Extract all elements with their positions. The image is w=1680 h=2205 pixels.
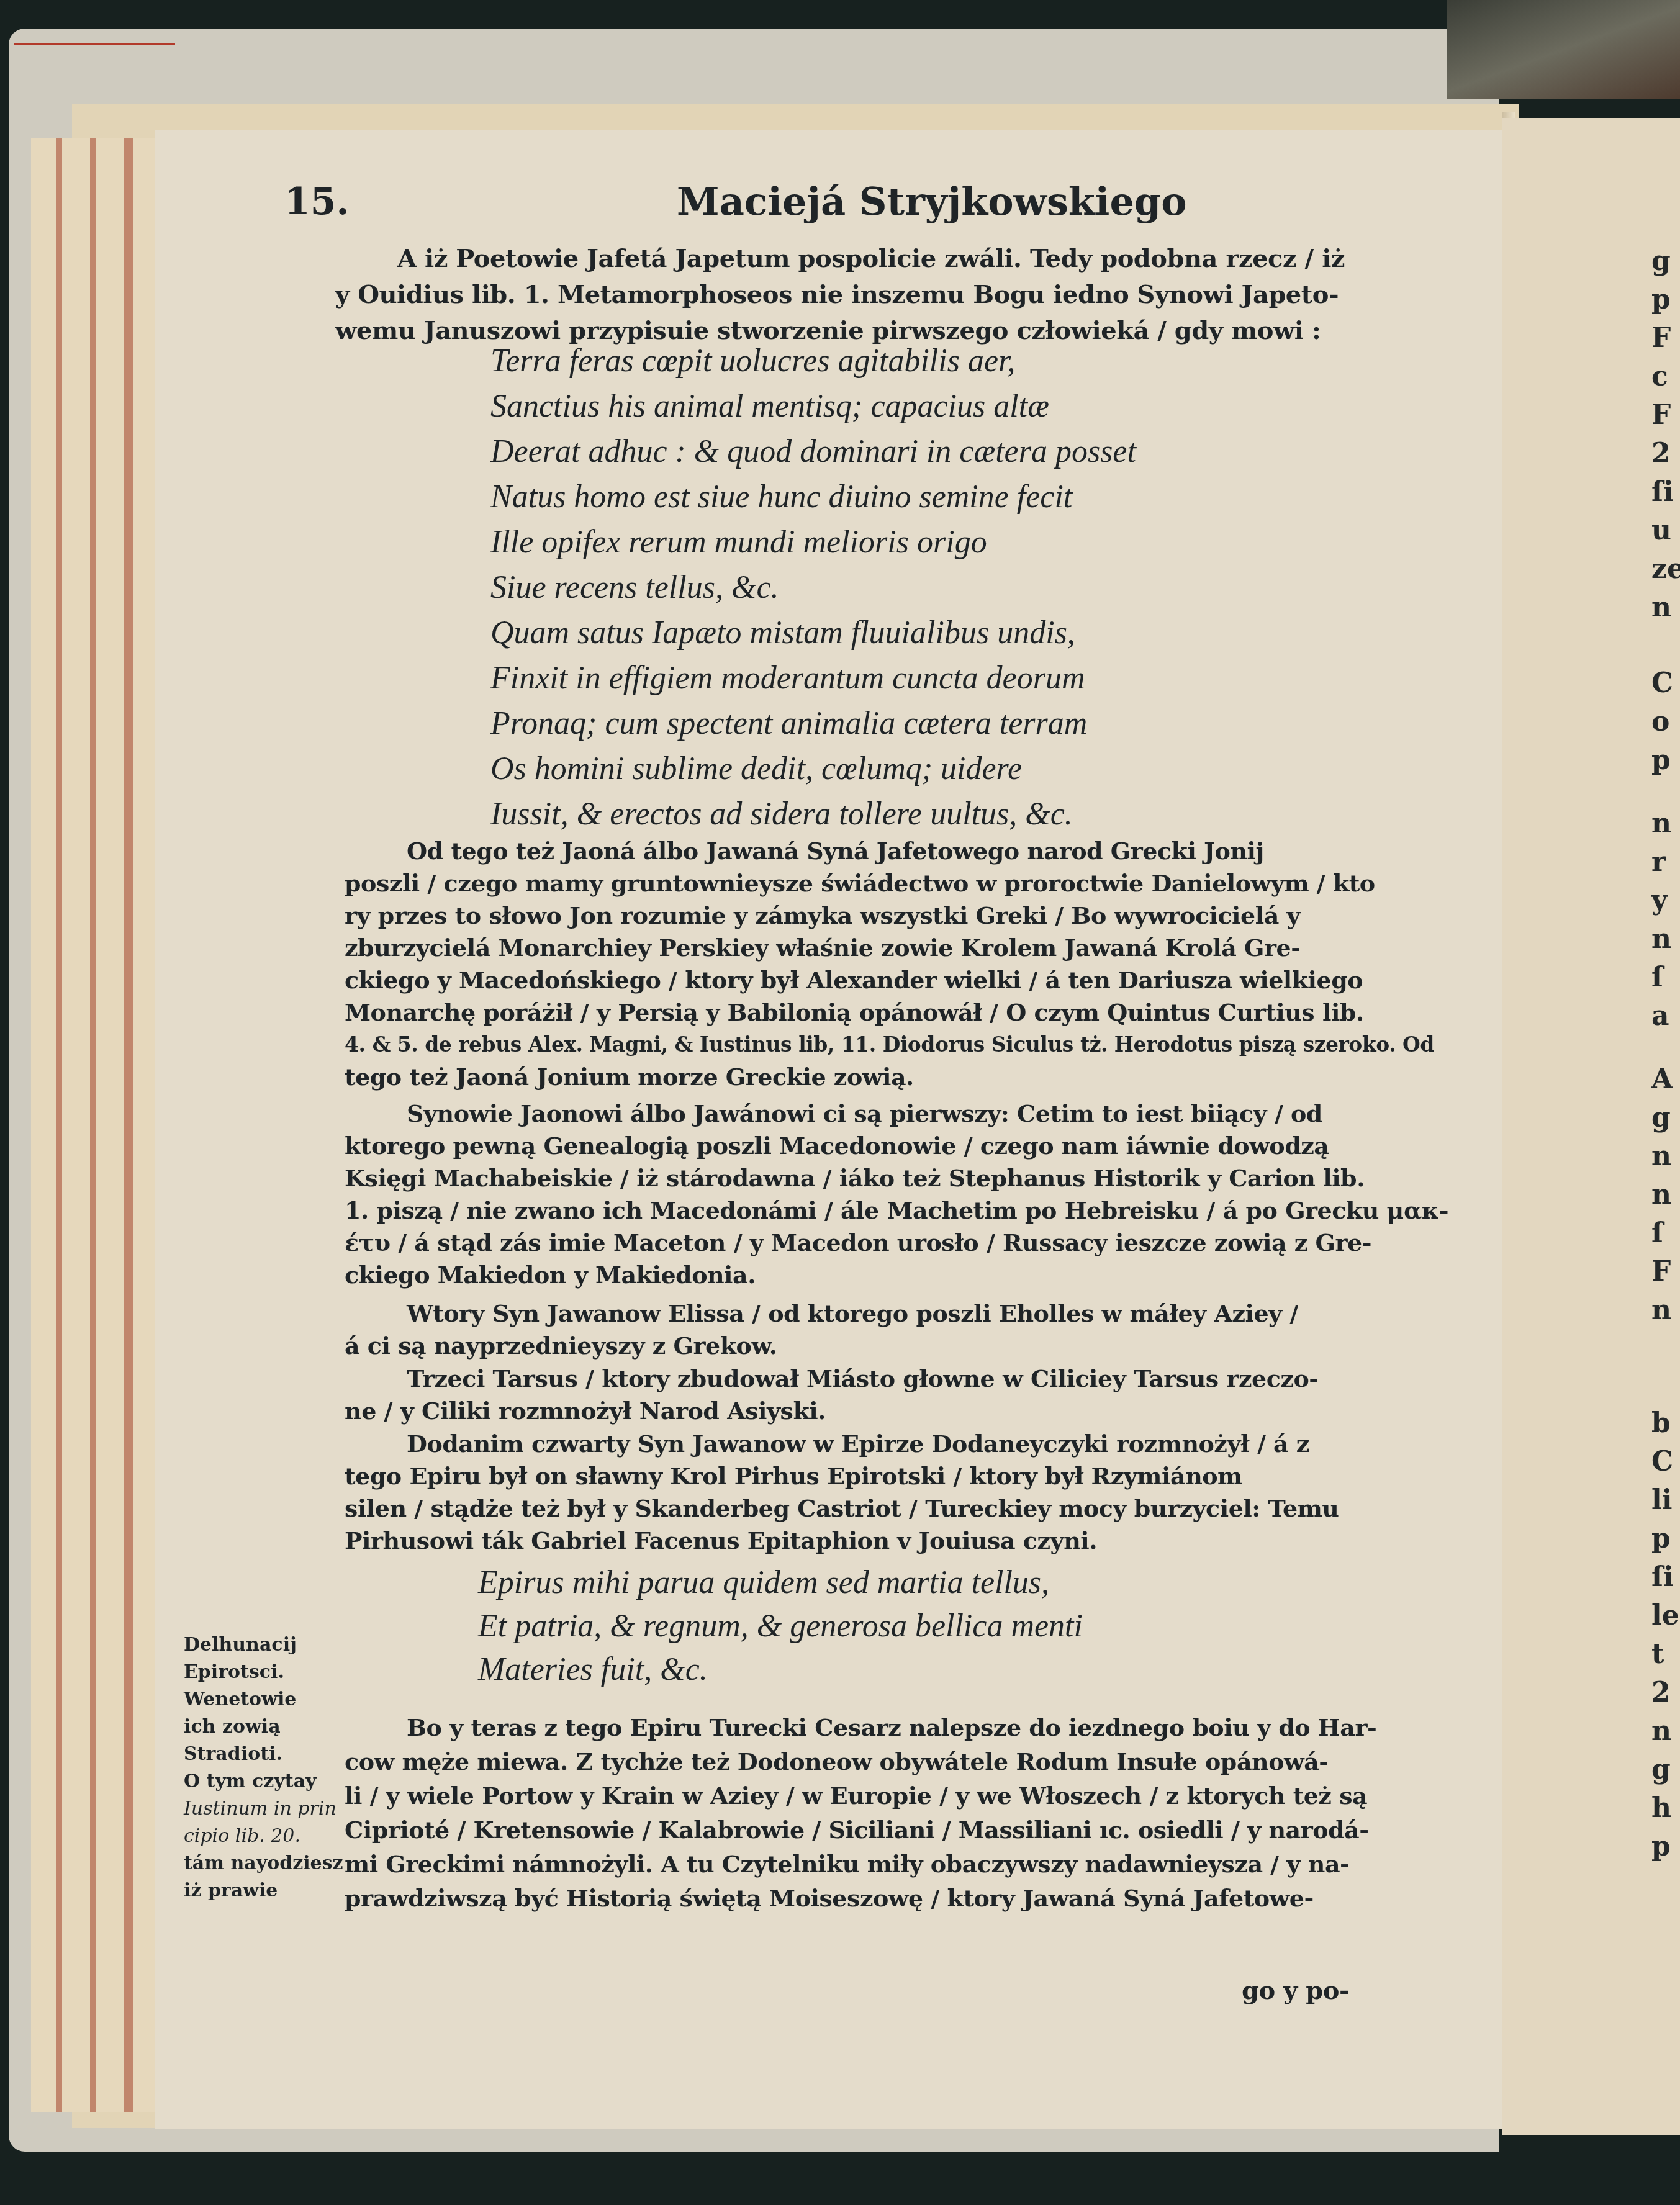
margin-line: iż prawie — [184, 1877, 343, 1905]
text-line: 4. & 5. de rebus Alex. Magni, & Iustinus… — [345, 1029, 1434, 1061]
verse-line: Sanctius his animal mentisq; capacius al… — [490, 384, 1136, 429]
paragraph-sons: Synowie Jaonowi álbo Jawánowi ci są pier… — [345, 1098, 1448, 1291]
fragment: ſ — [1651, 1214, 1680, 1253]
verse-line: Terra feras cœpit uolucres agitabilis ae… — [490, 338, 1136, 384]
fragment: li — [1651, 1481, 1680, 1520]
folio-number: 15. — [284, 180, 349, 223]
red-page-edge — [90, 138, 96, 2112]
margin-line: Delhunacij — [184, 1631, 343, 1659]
text-line: ckiego Makiedon y Makiedonia. — [345, 1259, 1448, 1291]
margin-line: Iustinum in prin — [184, 1795, 343, 1823]
paragraph-turks: Bo y teras z tego Epiru Turecki Cesarz n… — [345, 1710, 1376, 1915]
verse-line: Finxit in effigiem moderantum cuncta deo… — [490, 656, 1136, 701]
fragment: n — [1651, 920, 1680, 958]
text-line: poszli / czego mamy gruntownieysze świád… — [345, 867, 1434, 900]
margin-line: cipio lib. 20. — [184, 1823, 343, 1850]
paragraph-dodanim: Dodanim czwarty Syn Jawanow w Epirze Dod… — [345, 1428, 1339, 1557]
margin-line: Epirotsci. — [184, 1659, 343, 1686]
fragment: F — [1651, 319, 1680, 358]
fragment: n — [1651, 1176, 1680, 1214]
fragment: F — [1651, 396, 1680, 435]
verse-line: Epirus mihi parua quidem sed martia tell… — [478, 1561, 1083, 1605]
fragment: p — [1651, 1828, 1680, 1866]
fragment: b — [1651, 1404, 1680, 1443]
fragment: 2 — [1651, 435, 1680, 473]
paragraph-ion: Od tego też Jaoná álbo Jawaná Syná Jafet… — [345, 835, 1434, 1093]
margin-line: Stradioti. — [184, 1741, 343, 1768]
fragment: p — [1651, 1520, 1680, 1558]
text-line: Ciprioté / Kretensowie / Kalabrowie / Si… — [345, 1813, 1376, 1847]
text-line: Monarchę poráżił / y Persią y Babilonią … — [345, 996, 1434, 1029]
text-line: á ci są nayprzednieyszy z Grekow. — [345, 1330, 1298, 1362]
text-line: tego też Jaoná Jonium morze Greckie zowi… — [345, 1061, 1434, 1093]
fragment: n — [1651, 588, 1680, 627]
fragment: y — [1651, 882, 1680, 920]
text-line: Od tego też Jaoná álbo Jawaná Syná Jafet… — [345, 835, 1434, 867]
marginal-note: Delhunacij Epirotsci. Wenetowie ich zowi… — [184, 1631, 343, 1905]
fragment: ze — [1651, 550, 1680, 588]
text-line: έτυ / á stąd zás imie Maceton / y Macedo… — [345, 1227, 1448, 1259]
fragment: 2 — [1651, 1674, 1680, 1712]
verse-line: Materies fuit, &c. — [478, 1648, 1083, 1692]
text-line: Wtory Syn Jawanow Elissa / od ktorego po… — [345, 1297, 1298, 1330]
text-line: ry przes to słowo Jon rozumie y zámyka w… — [345, 900, 1434, 932]
fragment: p — [1651, 741, 1680, 780]
fragment: t — [1651, 1635, 1680, 1674]
fragment: n — [1651, 1137, 1680, 1176]
fragment: le — [1651, 1597, 1680, 1635]
book-spine — [1447, 0, 1680, 99]
text-line: prawdziwszą być Historią świętą Moiseszo… — [345, 1881, 1376, 1915]
paragraph-intro: A iż Poetowie Jafetá Japetum pospolicie … — [335, 241, 1345, 349]
text-line: Księgi Machabeiskie / iż stárodawna / iá… — [345, 1162, 1448, 1194]
fragment: C — [1651, 1443, 1680, 1481]
verse-line: Deerat adhuc : & quod dominari in cætera… — [490, 429, 1136, 474]
red-page-edge — [56, 138, 62, 2112]
text-line: ktorego pewną Genealogią poszli Macedono… — [345, 1130, 1448, 1162]
paragraph-tarsus: Trzeci Tarsus / ktory zbudował Miásto gł… — [345, 1363, 1319, 1427]
verse-line: Quam satus Iapæto mistam fluuialibus und… — [490, 610, 1136, 656]
verse-line: Natus homo est siue hunc diuino semine f… — [490, 474, 1136, 520]
text-line: y Ouidius lib. 1. Metamorphoseos nie ins… — [335, 277, 1345, 313]
fragment: c — [1651, 358, 1680, 396]
fragment: p — [1651, 281, 1680, 319]
paragraph-elissa: Wtory Syn Jawanow Elissa / od ktorego po… — [345, 1297, 1298, 1362]
margin-line: ich zowią — [184, 1713, 343, 1741]
verse-epitaph: Epirus mihi parua quidem sed martia tell… — [478, 1561, 1083, 1692]
text-line: Trzeci Tarsus / ktory zbudował Miásto gł… — [345, 1363, 1319, 1395]
verse-line: Et patria, & regnum, & generosa bellica … — [478, 1605, 1083, 1648]
fragment: g — [1651, 1099, 1680, 1137]
fragment: h — [1651, 1789, 1680, 1828]
text-line: ckiego y Macedońskiego / ktory był Alexa… — [345, 964, 1434, 996]
fragment: o — [1651, 703, 1680, 741]
fragment: n — [1651, 805, 1680, 843]
text-line: cow męże miewa. Z tychże też Dodoneow ob… — [345, 1744, 1376, 1779]
running-head: Maciejá Stryjkowskiego — [677, 179, 1187, 224]
fragment: u — [1651, 512, 1680, 550]
fragment: ſi — [1651, 1558, 1680, 1597]
text-line: tego Epiru był on sławny Krol Pirhus Epi… — [345, 1460, 1339, 1492]
fragment: A — [1651, 1060, 1680, 1099]
fragment: ſ — [1651, 958, 1680, 997]
fragment: C — [1651, 664, 1680, 703]
red-page-edge — [124, 138, 133, 2112]
margin-line: Wenetowie — [184, 1686, 343, 1713]
margin-line: O tym czytay — [184, 1768, 343, 1795]
fragment: n — [1651, 1712, 1680, 1751]
fragment: F — [1651, 1253, 1680, 1291]
verse-line: Iussit, & erectos ad sidera tollere uult… — [490, 791, 1136, 837]
text-line: A iż Poetowie Jafetá Japetum pospolicie … — [335, 241, 1345, 277]
fragment: g — [1651, 242, 1680, 281]
fragment: g — [1651, 1751, 1680, 1789]
text-line: Bo y teras z tego Epiru Turecki Cesarz n… — [345, 1710, 1376, 1744]
text-line: ne / y Ciliki rozmnożył Narod Asiyski. — [345, 1395, 1319, 1427]
fragment: ſi — [1651, 473, 1680, 512]
fragment: a — [1651, 997, 1680, 1035]
text-line: zburzycielá Monarchiey Perskiey właśnie … — [345, 932, 1434, 964]
text-line: li / y wiele Portow y Krain w Aziey / w … — [345, 1779, 1376, 1813]
fragment: n — [1651, 1291, 1680, 1330]
fragment: r — [1651, 843, 1680, 882]
text-line: Pirhusowi ták Gabriel Facenus Epitaphion… — [345, 1525, 1339, 1557]
right-page-fragments: g p F c F 2 ſi u ze n C o p n r y n ſ a … — [1651, 242, 1680, 1866]
catchword: go y po- — [1242, 1973, 1349, 2009]
text-line: 1. piszą / nie zwano ich Macedonámi / ál… — [345, 1194, 1448, 1227]
verse-line: Siue recens tellus, &c. — [490, 565, 1136, 610]
verse-line: Pronaq; cum spectent animalia cætera ter… — [490, 701, 1136, 746]
text-line: mi Greckimi námnożyli. A tu Czytelniku m… — [345, 1847, 1376, 1881]
verse-line: Os homini sublime dedit, cœlumq; uidere — [490, 746, 1136, 791]
text-line: Synowie Jaonowi álbo Jawánowi ci są pier… — [345, 1098, 1448, 1130]
page-edges-stack — [31, 138, 174, 2112]
verse-ovid: Terra feras cœpit uolucres agitabilis ae… — [490, 338, 1136, 837]
cover-flap-ruling — [14, 43, 175, 101]
text-line: silen / stądże też był y Skanderbeg Cast… — [345, 1492, 1339, 1525]
verse-line: Ille opifex rerum mundi melioris origo — [490, 520, 1136, 565]
text-line: Dodanim czwarty Syn Jawanow w Epirze Dod… — [345, 1428, 1339, 1460]
margin-line: tám nayodziesz — [184, 1850, 343, 1877]
